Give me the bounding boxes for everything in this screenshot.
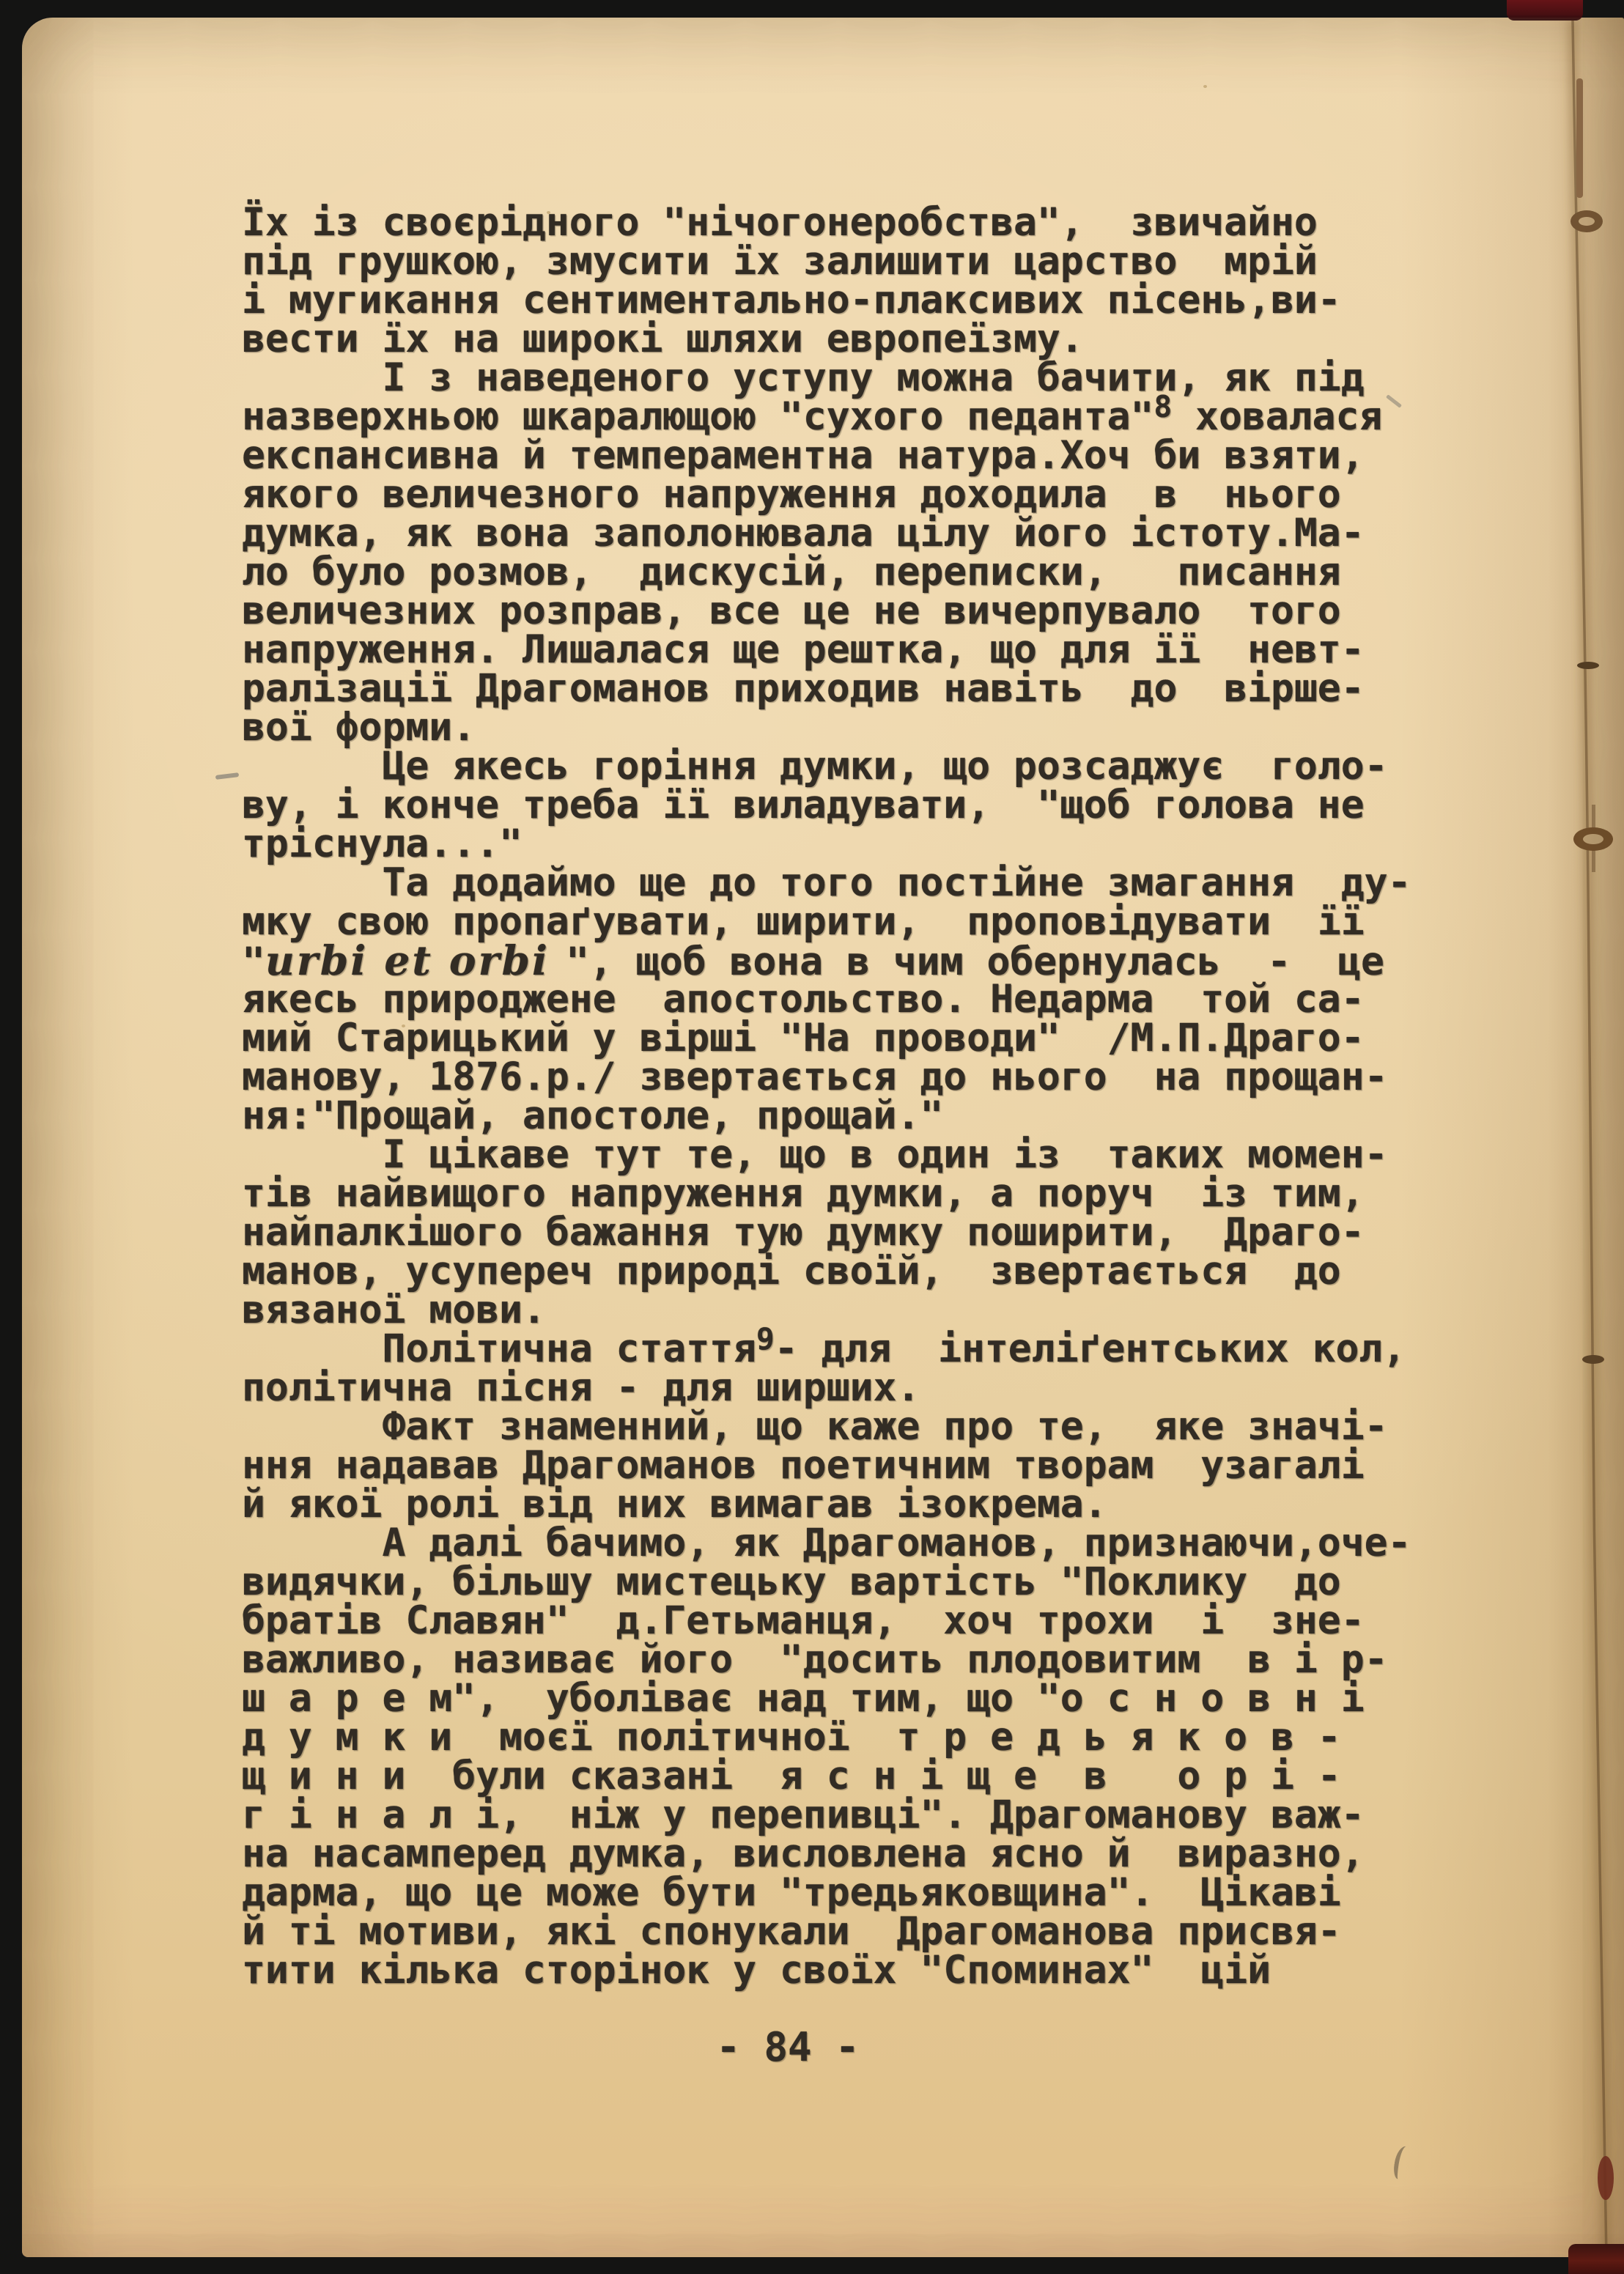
- text-line: І з наведеного уступу можна бачити, як п…: [242, 358, 1444, 397]
- typewritten-text: Їх із своєрідного "нічогонеробства", зви…: [242, 203, 1444, 1990]
- text-line: А далі бачимо, як Драгоманов, признаючи,…: [242, 1524, 1444, 1562]
- text-segment: й якої ролі від них вимагав ізокрема.: [242, 1482, 1107, 1527]
- text-segment: братів Славян" д.Гетьманця, хоч трохи і …: [242, 1598, 1365, 1643]
- text-line: найпалкішого бажання тую думку поширити,…: [242, 1213, 1444, 1252]
- text-segment: І цікаве тут те, що в один із таких моме…: [242, 1132, 1388, 1177]
- text-segment: ву, і конче треба її виладувати, "щоб го…: [242, 783, 1365, 827]
- text-segment: думка, як вона заполонювала цілу його іс…: [242, 511, 1365, 555]
- text-segment: і мугикання сентиментально-плаксивих піс…: [242, 278, 1341, 322]
- text-line: ралізації Драгоманов приходив навіть до …: [242, 669, 1444, 708]
- text-segment: ння надавав Драгоманов поетичним творам …: [242, 1443, 1365, 1488]
- text-segment: мий Старицький у вірші "На проводи" /М.П…: [242, 1016, 1365, 1060]
- text-line: вести їх на широкі шляхи европеїзму.: [242, 320, 1444, 358]
- text-segment: важливо, називає його "досить плодовитим…: [242, 1637, 1388, 1682]
- text-segment: щ и н и були сказані я с н і щ е в о р і…: [242, 1754, 1341, 1798]
- text-line: важливо, називає його "досить плодовитим…: [242, 1640, 1444, 1679]
- text-segment: Факт знаменний, що каже про те, яке знач…: [242, 1404, 1388, 1449]
- text-line: братів Славян" д.Гетьманця, хоч трохи і …: [242, 1601, 1444, 1640]
- text-segment: вязаної мови.: [242, 1288, 546, 1332]
- text-segment: тити кілька сторінок у своїх "Споминах" …: [242, 1948, 1271, 1993]
- page-number: - 84 -: [242, 2024, 1334, 2070]
- text-line: ня:"Прощай, апостоле, прощай.": [242, 1096, 1444, 1135]
- text-line: І цікаве тут те, що в один із таких моме…: [242, 1135, 1444, 1174]
- text-segment: вої форми.: [242, 705, 476, 750]
- text-segment: експансивна й темпераментна натура.Хоч б…: [242, 433, 1365, 478]
- text-line: видячки, більшу мистецьку вартість "Покл…: [242, 1562, 1444, 1601]
- text-segment: Їх із своєрідного "нічогонеробства", зви…: [242, 200, 1318, 245]
- text-segment: й ті мотиви, які спонукали Драгоманова п…: [242, 1909, 1341, 1954]
- text-line: тів найвищого напруження думки, а поруч …: [242, 1174, 1444, 1213]
- text-line: напруження. Лишалася ще рештка, що для ї…: [242, 630, 1444, 669]
- text-line: якого величезного напруження доходила в …: [242, 475, 1444, 514]
- text-segment: ралізації Драгоманов приходив навіть до …: [242, 666, 1365, 711]
- text-line: ш а р е м", уболіває над тим, що "о с н …: [242, 1679, 1444, 1718]
- text-line: манов, усупереч природі своїй, звертаєть…: [242, 1252, 1444, 1291]
- text-segment: якесь природжене апостольство. Недарма т…: [242, 977, 1365, 1022]
- text-line: й якої ролі від них вимагав ізокрема.: [242, 1485, 1444, 1524]
- text-line: Їх із своєрідного "нічогонеробства", зви…: [242, 203, 1444, 242]
- text-line: щ и н и були сказані я с н і щ е в о р і…: [242, 1757, 1444, 1795]
- text-segment: І з наведеного уступу можна бачити, як п…: [242, 355, 1365, 400]
- scanned-page: { "document": { "type": "typewritten-man…: [0, 0, 1624, 2274]
- text-line: ння надавав Драгоманов поетичним творам …: [242, 1446, 1444, 1485]
- text-line: Це якесь горіння думки, що розсаджує гол…: [242, 747, 1444, 786]
- text-segment: Політична стаття: [242, 1326, 756, 1371]
- text-segment: г і н а л і, ніж у перепивці". Драгомано…: [242, 1793, 1365, 1837]
- text-line: й ті мотиви, які спонукали Драгоманова п…: [242, 1912, 1444, 1951]
- text-line: тити кілька сторінок у своїх "Споминах" …: [242, 1951, 1444, 1990]
- text-segment: ня:"Прощай, апостоле, прощай.": [242, 1093, 943, 1138]
- text-segment: величезних розправ, все це не вичерпувал…: [242, 588, 1341, 633]
- text-line: д у м к и моєї політичної т р е д ь я к …: [242, 1718, 1444, 1757]
- text-line: мку свою пропаґувати, ширити, проповідув…: [242, 902, 1444, 941]
- text-segment: найпалкішого бажання тую думку поширити,…: [242, 1210, 1365, 1255]
- text-segment: на насамперед думка, висловлена ясно й в…: [242, 1831, 1365, 1876]
- text-line: вязаної мови.: [242, 1291, 1444, 1329]
- text-segment: назверхньою шкаралющою "сухого педанта": [242, 394, 1154, 439]
- text-segment: А далі бачимо, як Драгоманов, признаючи,…: [242, 1521, 1411, 1565]
- text-segment: ло було розмов, дискусій, переписки, пис…: [242, 550, 1341, 594]
- text-segment: тів найвищого напруження думки, а поруч …: [242, 1171, 1365, 1216]
- text-line: ло було розмов, дискусій, переписки, пис…: [242, 553, 1444, 591]
- text-segment: напруження. Лишалася ще рештка, що для ї…: [242, 627, 1365, 672]
- text-segment: - для інтеліґентських кол,: [775, 1326, 1406, 1371]
- text-segment: манову, 1876.р./ звертається до нього на…: [242, 1055, 1388, 1099]
- text-line: якесь природжене апостольство. Недарма т…: [242, 980, 1444, 1019]
- text-segment: видячки, більшу мистецьку вартість "Покл…: [242, 1559, 1341, 1604]
- text-segment: дарма, що це може бути "тредьяковщина". …: [242, 1870, 1341, 1915]
- text-line: Факт знаменний, що каже про те, яке знач…: [242, 1407, 1444, 1446]
- text-segment: політична пісня - для ширших.: [242, 1365, 920, 1410]
- text-line: Політична стаття9- для інтеліґентських к…: [242, 1329, 1444, 1368]
- text-line: дарма, що це може бути "тредьяковщина". …: [242, 1873, 1444, 1912]
- text-segment: якого величезного напруження доходила в …: [242, 472, 1341, 517]
- text-line: і мугикання сентиментально-плаксивих піс…: [242, 281, 1444, 320]
- book-spine-red-bottom: [1568, 2244, 1624, 2274]
- text-line: ву, і конче треба її виладувати, "щоб го…: [242, 786, 1444, 824]
- book-spine-red-top: [1507, 0, 1583, 21]
- text-line: "urbi et orbi ", щоб вона в чим обернула…: [242, 941, 1444, 980]
- text-line: вої форми.: [242, 708, 1444, 747]
- text-segment: ховалася: [1172, 394, 1382, 439]
- text-line: величезних розправ, все це не вичерпувал…: [242, 591, 1444, 630]
- text-line: Та додаймо ще до того постійне змагання …: [242, 863, 1444, 902]
- text-line: назверхньою шкаралющою "сухого педанта"8…: [242, 397, 1444, 436]
- text-line: мий Старицький у вірші "На проводи" /М.П…: [242, 1019, 1444, 1057]
- text-line: думка, як вона заполонювала цілу його іс…: [242, 514, 1444, 553]
- text-segment: манов, усупереч природі своїй, звертаєть…: [242, 1249, 1341, 1293]
- text-line: г і н а л і, ніж у перепивці". Драгомано…: [242, 1795, 1444, 1834]
- text-line: експансивна й темпераментна натура.Хоч б…: [242, 436, 1444, 475]
- text-segment: під грушкою, змусити їх залишити царство…: [242, 239, 1318, 284]
- text-segment: Це якесь горіння думки, що розсаджує гол…: [242, 744, 1388, 789]
- footnote-superscript: 8: [1154, 388, 1172, 427]
- text-line: під грушкою, змусити їх залишити царство…: [242, 242, 1444, 281]
- text-segment: ш а р е м", уболіває над тим, що "о с н …: [242, 1676, 1365, 1721]
- text-segment: Та додаймо ще до того постійне змагання …: [242, 860, 1411, 905]
- text-segment: тріснула...": [242, 822, 523, 866]
- text-line: на насамперед думка, висловлена ясно й в…: [242, 1834, 1444, 1873]
- text-segment: вести їх на широкі шляхи европеїзму.: [242, 317, 1084, 361]
- text-line: тріснула...": [242, 824, 1444, 863]
- text-line: політична пісня - для ширших.: [242, 1368, 1444, 1407]
- text-line: манову, 1876.р./ звертається до нього на…: [242, 1057, 1444, 1096]
- text-segment: д у м к и моєї політичної т р е д ь я к …: [242, 1715, 1341, 1760]
- footnote-superscript: 9: [756, 1320, 775, 1359]
